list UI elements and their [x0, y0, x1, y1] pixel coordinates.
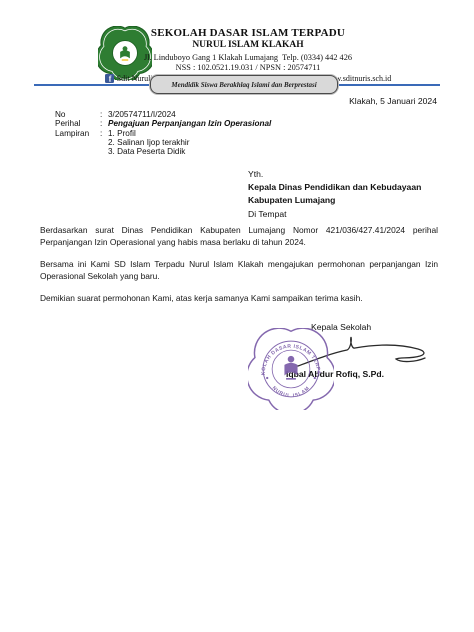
paragraph: Berdasarkan surat Dinas Pendidikan Kabup… [40, 225, 438, 248]
stamp-ring-bottom: NURUL ISLAM [271, 385, 311, 399]
paragraph: Demikian suarat permohonan Kami, atas ke… [40, 293, 438, 305]
recipient-block: Yth. Kepala Dinas Pendidikan dan Kebuday… [248, 168, 421, 221]
school-name-sub: NURUL ISLAM KLAKAH [22, 40, 474, 50]
lampiran-item: 3. Data Peserta Didik [108, 147, 271, 156]
colon: : [100, 119, 108, 128]
lampiran-item: 2. Salinan Ijop terakhir [108, 138, 271, 147]
perihal-label: Perihal [55, 119, 100, 128]
perihal-value: Pengajuan Perpanjangan Izin Operasional [108, 119, 271, 128]
school-ids: NSS : 102.0521.19.031 / NPSN : 20574711 [22, 63, 474, 72]
school-name-main: SEKOLAH DASAR ISLAM TERPADU [22, 27, 474, 39]
recipient-name-line2: Kabupaten Lumajang [248, 194, 421, 207]
no-label: No [55, 110, 100, 119]
recipient-name-line1: Kepala Dinas Pendidikan dan Kebudayaan [248, 181, 421, 194]
lampiran-item: 1. Profil [108, 129, 271, 138]
letter-body: Berdasarkan surat Dinas Pendidikan Kabup… [40, 225, 438, 316]
school-stamp: SEKOLAH DASAR ISLAM TERPADU NURUL ISLAM [248, 328, 334, 410]
motto-ribbon: Mendidik Siswa Berakhlaq Islami dan Berp… [150, 75, 338, 94]
date-line: Klakah, 5 Januari 2024 [349, 96, 437, 106]
no-value: 3/20574711/I/2024 [108, 110, 271, 119]
letter-page: SEKOLAH DASAR ISLAM TERPADU NURUL ISLAM … [0, 0, 474, 632]
recipient-location: Di Tempat [248, 208, 421, 221]
recipient-salutation: Yth. [248, 168, 421, 181]
school-address: Jl. Linduboyo Gang 1 Klakah Lumajang Tel… [22, 53, 474, 62]
facebook-icon: f [105, 74, 114, 83]
colon: : [100, 110, 108, 119]
lampiran-label: Lampiran [55, 129, 100, 138]
colon: : [100, 129, 108, 138]
paragraph: Bersama ini Kami SD Islam Terpadu Nurul … [40, 259, 438, 282]
reference-block: No : 3/20574711/I/2024 Perihal : Pengaju… [55, 110, 271, 156]
svg-text:NURUL ISLAM: NURUL ISLAM [271, 385, 311, 399]
svg-text:f: f [108, 75, 111, 83]
